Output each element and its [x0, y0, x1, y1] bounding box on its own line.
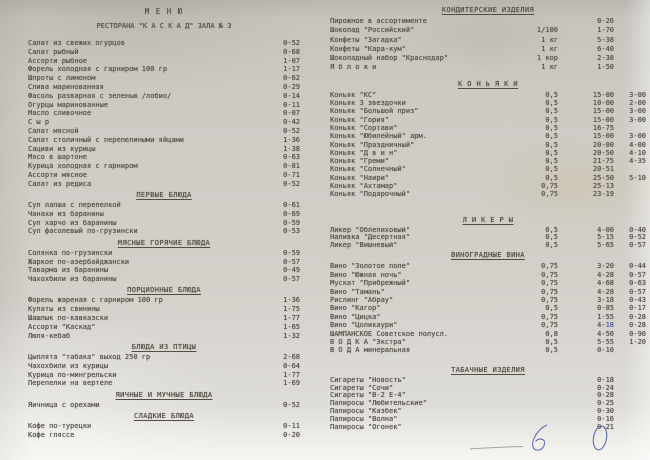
- cell-p1: 25-50: [558, 174, 614, 182]
- cell-p2: 0-17: [614, 304, 646, 312]
- menu-row: Вино "Золотое поле"0,753-200-44: [330, 262, 646, 270]
- menu-row: Кофе по-турецки0-11: [28, 422, 300, 431]
- cell-vol: 0,75: [528, 262, 558, 270]
- cell-p2: 0-90: [614, 330, 646, 338]
- menu-section: Л И К Е Р ЫЛикер "Облепиховый"0,54-000-4…: [330, 216, 646, 250]
- menu-row: Салат рыбный0-68: [28, 48, 300, 57]
- cell-p2: 4-00: [614, 141, 646, 149]
- cell-name: Коньяк "Сортави": [330, 124, 528, 132]
- cell-price: 0-53: [268, 227, 300, 236]
- cell-price: 0-14: [268, 92, 300, 101]
- cell-name: Коньяк "Гория": [330, 116, 528, 124]
- menu-row: Масло сливочное0-07: [28, 109, 300, 118]
- menu-row: Мускат "Прибрежный"0,754-680-63: [330, 279, 646, 287]
- menu-row: Вино "Тамань"0,754-280-57: [330, 288, 646, 296]
- cell-name: Ассорти "Каскад": [28, 323, 268, 332]
- menu-section: СЛАДКИЕ БЛЮДАКофе по-турецки0-11Кофе гля…: [28, 412, 300, 440]
- cell-price: 1-32: [268, 332, 300, 341]
- cell-vol: 0,5: [528, 174, 558, 182]
- cell-p1: 23-19: [558, 190, 614, 198]
- cell-vol: 0,5: [528, 304, 558, 312]
- cell-p2: 0-57: [614, 271, 646, 279]
- cell-name: Салат рыбный: [28, 48, 268, 57]
- section-header: КОНДИТЕРСКИЕ ИЗДЕЛИЯ: [330, 6, 646, 15]
- section-header: СЛАДКИЕ БЛЮДА: [28, 412, 300, 421]
- menu-row: Ассорти рыбное1-07: [28, 57, 300, 66]
- menu-row: Форель жареная с гарниром 100 гр1-36: [28, 296, 300, 305]
- section-header: ПОРЦИОННЫЕ БЛЮДА: [28, 286, 300, 295]
- cell-name: Цыплята "табака" выход 250 гр: [28, 353, 268, 362]
- cell-name: Салат мясной: [28, 127, 268, 136]
- cell-price: 1-75: [268, 305, 300, 314]
- cell-price: 0-52: [268, 180, 300, 189]
- menu-section: ПОРЦИОННЫЕ БЛЮДАФорель жареная с гарниро…: [28, 286, 300, 340]
- cell-p2: [614, 346, 646, 354]
- cell-price: 0-62: [268, 74, 300, 83]
- cell-price: 0-49: [268, 266, 300, 275]
- blue-oval-zero: [592, 425, 609, 451]
- cell-vol: 0,5: [528, 165, 558, 173]
- cell-p1: 0-85: [558, 304, 614, 312]
- cell-name: Конфеты "Кара-кум": [330, 45, 528, 54]
- cell-price: 1-36: [268, 136, 300, 145]
- cell-name: Масло сливочное: [28, 109, 268, 118]
- cell-name: Конфеты "Загадка": [330, 36, 528, 45]
- cell-p2: 5-10: [614, 174, 646, 182]
- cell-price: 1-17: [268, 65, 300, 74]
- menu-row: Коньяк "Наири"0,525-505-10: [330, 174, 646, 182]
- cell-p1: 4-28: [558, 271, 614, 279]
- menu-row: Вино "Южная ночь"0,754-280-57: [330, 271, 646, 279]
- cell-p2: 4-35: [614, 157, 646, 165]
- cell-p1: 1-50: [558, 63, 614, 72]
- menu-row: Жаркое по-азербайджански0-57: [28, 258, 300, 267]
- cell-name: Сигареты "Сочи": [330, 385, 528, 393]
- cell-name: Салат из редиса: [28, 180, 268, 189]
- cell-p1: 3-20: [558, 262, 614, 270]
- cell-name: Коньяк 3 звездочки: [330, 99, 528, 107]
- menu-row: Коньяк "Солнечный"0,520-51: [330, 165, 646, 173]
- menu-row: Солянка по-грузински0-59: [28, 249, 300, 258]
- cell-name: Суп харчо из баранины: [28, 219, 268, 228]
- cell-vol: [528, 392, 558, 400]
- cell-p2: 3-00: [614, 116, 646, 124]
- menu-row: Шоколад "Российский"1/1001-70: [330, 26, 646, 35]
- cell-price: 0-29: [268, 83, 300, 92]
- cell-p2: 0-44: [614, 262, 646, 270]
- cell-vol: 0,5: [528, 132, 558, 140]
- cell-name: Мясо в шартоне: [28, 153, 268, 162]
- cell-p1: 1-55: [558, 313, 614, 321]
- menu-row: Сациви из курицы1-38: [28, 145, 300, 154]
- cell-name: Суп фасолевый по-грузински: [28, 227, 268, 236]
- cell-name: Коньяк "Юбилейный" арм.: [330, 132, 528, 140]
- cell-p1: 15-00: [558, 107, 614, 115]
- cell-name: Чахохбили из баранины: [28, 275, 268, 284]
- cell-p1: 15-00: [558, 116, 614, 124]
- cell-p2: 0-57: [614, 242, 646, 250]
- menu-row: Купаты из свинины1-75: [28, 305, 300, 314]
- cell-name: Сигареты "В-2 Е-4": [330, 392, 528, 400]
- menu-row: Чанахи из баранины0-69: [28, 210, 300, 219]
- cell-vol: 0,75: [528, 321, 558, 329]
- menu-section: БЛЮДА ИЗ ПТИЦЫЦыплята "табака" выход 250…: [28, 343, 300, 388]
- cell-vol: 0,5: [528, 91, 558, 99]
- cell-p2: [614, 63, 646, 72]
- menu-row: Огурцы маринованные0-11: [28, 101, 300, 110]
- section-header: Л И К Е Р Ы: [330, 216, 646, 225]
- menu-row: Курица холодная с гарниром0-81: [28, 162, 300, 171]
- menu-row: Коньяк "Гория"0,515-003-00: [330, 116, 646, 124]
- cell-name: ШАМПАНСКОЕ Советское полусл.: [330, 330, 528, 338]
- menu-section: К О Н Ь Я К ИКоньяк "КС"0,515-003-00Конь…: [330, 80, 646, 199]
- cell-p1: 5-65: [558, 242, 614, 250]
- cell-name: Вино "Кагор": [330, 304, 528, 312]
- cell-name: С ы р: [28, 118, 268, 127]
- cell-p2: [614, 45, 646, 54]
- cell-name: Сациви из курицы: [28, 145, 268, 154]
- cell-vol: [528, 17, 558, 26]
- menu-title: М Е Н Ю: [28, 7, 300, 16]
- menu-row: Форель холодная с гарниром 100 гр1-17: [28, 65, 300, 74]
- cell-name: Коньяк "Д в и н": [330, 149, 528, 157]
- cell-name: В О Д К А "Экстра": [330, 338, 528, 346]
- cell-name: Вино "Золотое поле": [330, 262, 528, 270]
- cell-p2: [614, 36, 646, 45]
- cell-name: Вино "Тамань": [330, 288, 528, 296]
- menu-row: Ассорти "Каскад"1-65: [28, 323, 300, 332]
- cell-name: Курица холодная с гарниром: [28, 162, 268, 171]
- cell-p2: [614, 165, 646, 173]
- cell-price: 1-77: [268, 371, 300, 380]
- cell-name: Коньяк "Греми": [330, 157, 528, 165]
- cell-vol: [528, 400, 558, 408]
- cell-price: 1-65: [268, 323, 300, 332]
- handwritten-price: 18: [606, 321, 614, 329]
- cell-price: 0-69: [268, 210, 300, 219]
- cell-p1: 20-00: [558, 141, 614, 149]
- cell-price: 0-20: [268, 431, 300, 440]
- cell-vol: [528, 385, 558, 393]
- cell-p2: [614, 26, 646, 35]
- menu-section: ВИНОГРАДНЫЕ ВИНАВино "Золотое поле"0,753…: [330, 251, 646, 354]
- cell-p1: 4-50: [558, 330, 614, 338]
- section-header: ЯИЧНЫЕ И МУЧНЫЕ БЛЮДА: [28, 391, 300, 400]
- menu-row: Коньяк "Юбилейный" арм.0,515-003-00: [330, 132, 646, 140]
- menu-row: Курица по-мингрельски1-77: [28, 371, 300, 380]
- cell-price: 1-36: [268, 296, 300, 305]
- cell-name: Шоколадный набор "Краснодар": [330, 54, 528, 63]
- menu-row: Ликер "Вишневый"0,55-650-57: [330, 242, 646, 250]
- cell-name: Огурцы маринованные: [28, 101, 268, 110]
- menu-row: Таварма из баранины0-49: [28, 266, 300, 275]
- cell-p2: 3-00: [614, 132, 646, 140]
- cell-p2: [614, 17, 646, 26]
- cell-price: 0-07: [268, 109, 300, 118]
- cell-price: 0-57: [268, 275, 300, 284]
- cell-name: Салат столичный с перепелиными яйцами: [28, 136, 268, 145]
- menu-row: Яичница с орехами0-52: [28, 401, 300, 410]
- blue-squiggle-six: [533, 425, 547, 450]
- cell-p2: [614, 385, 646, 393]
- cell-p2: 0-63: [614, 279, 646, 287]
- cell-name: Вино "Южная ночь": [330, 271, 528, 279]
- cell-name: Слива маринованная: [28, 83, 268, 92]
- cell-name: Сигареты "Новость": [330, 377, 528, 385]
- cell-price: 0-57: [268, 258, 300, 267]
- cell-p2: [614, 54, 646, 63]
- cell-price: 0-61: [268, 201, 300, 210]
- cell-name: Салат из свежих огурцов: [28, 39, 268, 48]
- menu-row: Вино "Цицка"0,751-550-28: [330, 313, 646, 321]
- restaurant-subtitle: РЕСТОРАНА "К А С К А Д" ЗАЛА № 3: [28, 22, 300, 31]
- cell-price: 0-52: [268, 127, 300, 136]
- cell-price: 0-81: [268, 162, 300, 171]
- cell-vol: 1 кг: [528, 63, 558, 72]
- cell-p2: 1-20: [614, 338, 646, 346]
- cell-p1: 4-28: [558, 288, 614, 296]
- cell-name: Кофе гляссе: [28, 431, 268, 440]
- section-header: К О Н Ь Я К И: [330, 80, 646, 89]
- cell-vol: 1 кг: [528, 45, 558, 54]
- cell-p2: [614, 400, 646, 408]
- menu-row: Салат из свежих огурцов0-52: [28, 39, 300, 48]
- cell-price: 0-59: [268, 249, 300, 258]
- cell-name: Форель жареная с гарниром 100 гр: [28, 296, 268, 305]
- cell-p1: 20-50: [558, 149, 614, 157]
- cell-name: Шашлык по-кавказски: [28, 314, 268, 323]
- menu-row: ШАМПАНСКОЕ Советское полусл.0,84-500-90: [330, 330, 646, 338]
- cell-name: Шоколад "Российский": [330, 26, 528, 35]
- cell-vol: 0,5: [528, 141, 558, 149]
- menu-row: Фасоль разварная с зеленью /лобио/0-14: [28, 92, 300, 101]
- cell-name: Вино "Цицка": [330, 313, 528, 321]
- menu-row: Коньяк "Большой приз"0,515-003-00: [330, 107, 646, 115]
- menu-section: ЯИЧНЫЕ И МУЧНЫЕ БЛЮДАЯичница с орехами0-…: [28, 391, 300, 410]
- menu-section: Салат из свежих огурцов0-52Салат рыбный0…: [28, 39, 300, 189]
- cell-name: Ликер "Облепиховый": [330, 227, 528, 235]
- cell-vol: 0,5: [528, 242, 558, 250]
- cell-price: 0-63: [268, 153, 300, 162]
- cell-p1: 5-38: [558, 36, 614, 45]
- cell-name: Мускат "Прибрежный": [330, 279, 528, 287]
- cell-name: Коньяк "Большой приз": [330, 107, 528, 115]
- cell-price: 0-42: [268, 118, 300, 127]
- cell-name: Купаты из свинины: [28, 305, 268, 314]
- cell-vol: 0,5: [528, 107, 558, 115]
- menu-row: Я б л о к и1 кг1-50: [330, 63, 646, 72]
- cell-name: Коньяк "КС": [330, 91, 528, 99]
- cell-name: Ассорти рыбное: [28, 57, 268, 66]
- cell-name: Люля-кебаб: [28, 332, 268, 341]
- cell-name: Коньяк "Подарочный": [330, 190, 528, 198]
- cell-p2: [614, 190, 646, 198]
- cell-name: Чахохбили из курицы: [28, 362, 268, 371]
- cell-p1: 0-10: [558, 346, 614, 354]
- cell-p2: 3-00: [614, 91, 646, 99]
- cell-p2: [614, 408, 646, 416]
- cell-price: 0-64: [268, 362, 300, 371]
- cell-name: Коньяк "Наири": [330, 174, 528, 182]
- cell-name: Коньяк "Ахтамар": [330, 182, 528, 190]
- menu-row: Коньяк "Подарочный"0,7523-19: [330, 190, 646, 198]
- cell-name: Папиросы "Казбек": [330, 408, 528, 416]
- menu-row: Шашлык по-кавказски1-77: [28, 314, 300, 323]
- menu-row: Вино "Кагор"0,50-850-17: [330, 304, 646, 312]
- menu-row: Салат из редиса0-52: [28, 180, 300, 189]
- cell-name: Кофе по-турецки: [28, 422, 268, 431]
- menu-row: Конфеты "Кара-кум"1 кг6-40: [330, 45, 646, 54]
- cell-p1: 0-26: [558, 17, 614, 26]
- cell-vol: 0,75: [528, 279, 558, 287]
- cell-p2: 4-10: [614, 149, 646, 157]
- menu-row: Суп лапша с перепелкой0-61: [28, 201, 300, 210]
- cell-name: Жаркое по-азербайджански: [28, 258, 268, 267]
- cell-name: Курица по-мингрельски: [28, 371, 268, 380]
- cell-p1: 15-00: [558, 132, 614, 140]
- menu-row: Слива маринованная0-29: [28, 83, 300, 92]
- cell-name: Ликер "Вишневый": [330, 242, 528, 250]
- cell-p1: 4-68: [558, 279, 614, 287]
- menu-section: КОНДИТЕРСКИЕ ИЗДЕЛИЯПирожное в ассортиме…: [330, 6, 646, 73]
- cell-p1: 20-51: [558, 165, 614, 173]
- menu-row: Пирожное в ассортименте0-26: [330, 17, 646, 26]
- menu-row: Мясо в шартоне0-63: [28, 153, 300, 162]
- cell-p1: 6-40: [558, 45, 614, 54]
- cell-name: В О Д А минеральная: [330, 346, 528, 354]
- cell-price: 0-68: [268, 48, 300, 57]
- menu-row: Чахохбили из баранины0-57: [28, 275, 300, 284]
- menu-row: В О Д А минеральная0,50-10: [330, 346, 646, 354]
- cell-price: 2-68: [268, 353, 300, 362]
- cell-name: Перепелки на вертеле: [28, 379, 268, 388]
- pencil-line: [470, 447, 523, 450]
- cell-vol: 1/100: [528, 26, 558, 35]
- cell-p2: 0-28: [614, 313, 646, 321]
- cell-name: Коньяк "Солнечный": [330, 165, 528, 173]
- menu-row: Вино "Цоликаури"0,754-180-28: [330, 321, 646, 329]
- cell-price: 0-52: [268, 401, 300, 410]
- cell-vol: 0,5: [528, 149, 558, 157]
- cell-name: Чанахи из баранины: [28, 210, 268, 219]
- cell-name: Коньяк "Праздничный": [330, 141, 528, 149]
- cell-name: Яичница с орехами: [28, 401, 268, 410]
- cell-vol: [528, 377, 558, 385]
- cell-vol: 0,75: [528, 190, 558, 198]
- cell-name: Рислинг "Абрау": [330, 296, 528, 304]
- cell-p2: 0-28: [614, 321, 646, 329]
- menu-row: Люля-кебаб1-32: [28, 332, 300, 341]
- menu-row: Цыплята "табака" выход 250 гр2-68: [28, 353, 300, 362]
- cell-name: Наливка "Десертная": [330, 234, 528, 242]
- cell-vol: 0,75: [528, 271, 558, 279]
- cell-vol: 0,75: [528, 288, 558, 296]
- cell-name: Солянка по-грузински: [28, 249, 268, 258]
- menu-section: МЯСНЫЕ ГОРЯЧИЕ БЛЮДАСолянка по-грузински…: [28, 239, 300, 284]
- menu-row: Чахохбили из курицы0-64: [28, 362, 300, 371]
- cell-vol: 1 кг: [528, 36, 558, 45]
- menu-row: Коньяк "Праздничный"0,520-004-00: [330, 141, 646, 149]
- section-header: ПЕРВЫЕ БЛЮДА: [28, 191, 300, 200]
- menu-row: Коньяк "Д в и н"0,520-504-10: [330, 149, 646, 157]
- cell-p2: [614, 392, 646, 400]
- cell-p2: 0-57: [614, 288, 646, 296]
- menu-row: Ассорти мясное0-71: [28, 171, 300, 180]
- menu-right-column: КОНДИТЕРСКИЕ ИЗДЕЛИЯПирожное в ассортиме…: [330, 6, 646, 431]
- cell-p1: 1-70: [558, 26, 614, 35]
- cell-name: Форель холодная с гарниром 100 гр: [28, 65, 268, 74]
- menu-row: Суп харчо из баранины0-59: [28, 219, 300, 228]
- cell-name: Шпроты с лимоном: [28, 74, 268, 83]
- cell-p1: 15-00: [558, 91, 614, 99]
- menu-row: Салат столичный с перепелиными яйцами1-3…: [28, 136, 300, 145]
- cell-price: 1-69: [268, 379, 300, 388]
- cell-name: Папиросы "Любительские": [330, 400, 528, 408]
- menu-row: Конфеты "Загадка"1 кг5-38: [330, 36, 646, 45]
- menu-row: Суп фасолевый по-грузински0-53: [28, 227, 300, 236]
- handwritten-signature: [468, 422, 638, 458]
- cell-name: Я б л о к и: [330, 63, 528, 72]
- cell-name: Вино "Цоликаури": [330, 321, 528, 329]
- cell-price: 0-11: [268, 422, 300, 431]
- cell-name: Фасоль разварная с зеленью /лобио/: [28, 92, 268, 101]
- scanned-menu-page: М Е Н Ю РЕСТОРАНА "К А С К А Д" ЗАЛА № 3…: [0, 0, 650, 460]
- menu-row: Перепелки на вертеле1-69: [28, 379, 300, 388]
- cell-vol: 0,75: [528, 313, 558, 321]
- cell-p2: [614, 182, 646, 190]
- section-header: МЯСНЫЕ ГОРЯЧИЕ БЛЮДА: [28, 239, 300, 248]
- cell-price: 0-71: [268, 171, 300, 180]
- cell-name: Суп лапша с перепелкой: [28, 201, 268, 210]
- cell-name: Ассорти мясное: [28, 171, 268, 180]
- menu-section: ПЕРВЫЕ БЛЮДАСуп лапша с перепелкой0-61Ча…: [28, 191, 300, 236]
- menu-row: Коньяк "КС"0,515-003-00: [330, 91, 646, 99]
- cell-price: 1-77: [268, 314, 300, 323]
- cell-vol: 0,8: [528, 330, 558, 338]
- cell-p2: [614, 377, 646, 385]
- menu-row: Кофе гляссе0-20: [28, 431, 300, 440]
- section-header: БЛЮДА ИЗ ПТИЦЫ: [28, 343, 300, 352]
- menu-left-column: М Е Н Ю РЕСТОРАНА "К А С К А Д" ЗАЛА № 3…: [28, 5, 300, 441]
- cell-price: 0-52: [268, 39, 300, 48]
- section-header: ВИНОГРАДНЫЕ ВИНА: [330, 251, 646, 260]
- cell-vol: [528, 408, 558, 416]
- cell-vol: 0,5: [528, 116, 558, 124]
- cell-p1: 4-18: [558, 321, 614, 329]
- cell-name: Таварма из баранины: [28, 266, 268, 275]
- menu-row: Шпроты с лимоном0-62: [28, 74, 300, 83]
- cell-name: Пирожное в ассортименте: [330, 17, 528, 26]
- cell-vol: 0,5: [528, 346, 558, 354]
- cell-p2: 3-00: [614, 107, 646, 115]
- menu-row: С ы р0-42: [28, 118, 300, 127]
- section-header: ТАБАЧНЫЕ ИЗДЕЛИЯ: [330, 366, 646, 375]
- menu-row: Салат мясной0-52: [28, 127, 300, 136]
